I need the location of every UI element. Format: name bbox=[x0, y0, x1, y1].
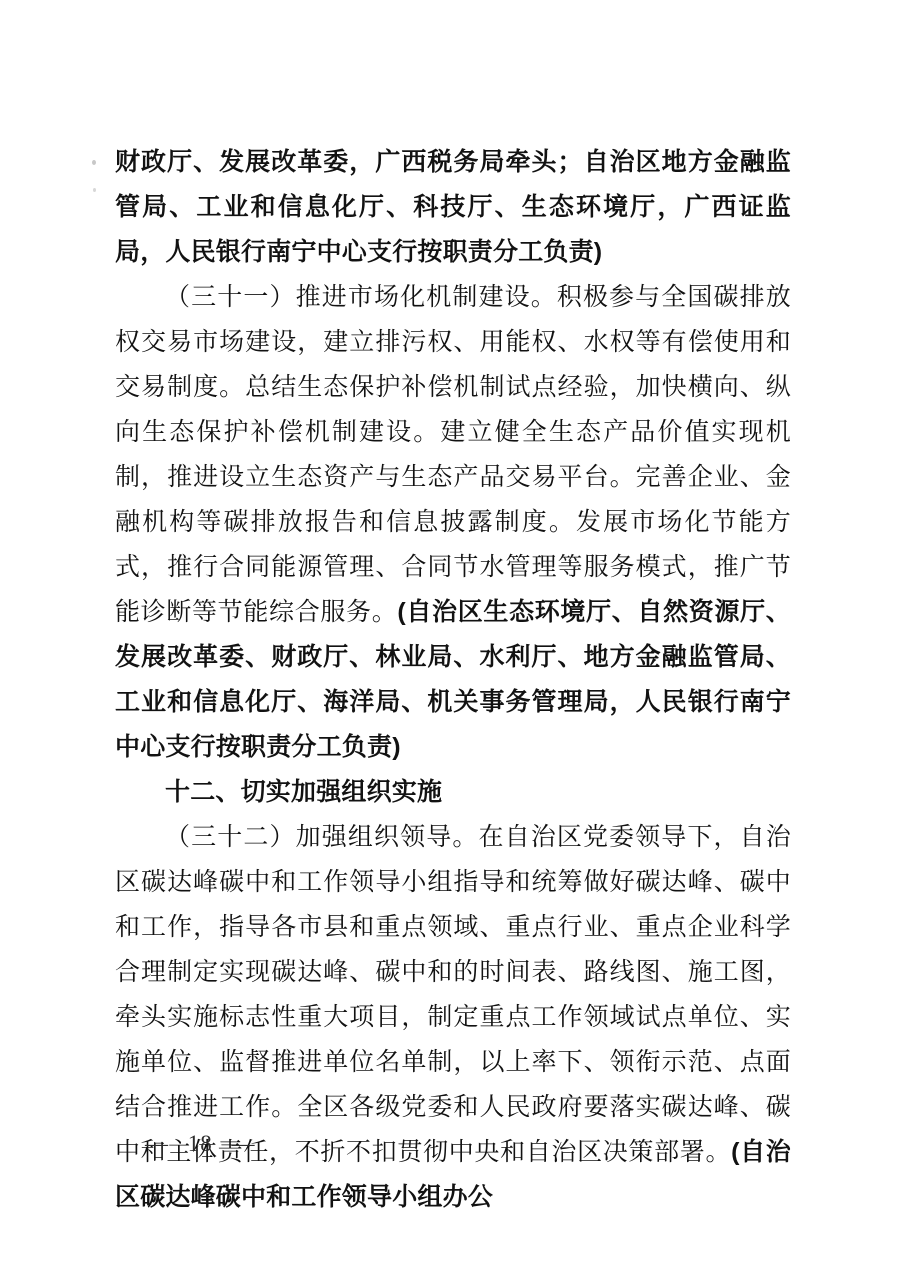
bold-text-run: 财政厅、发展改革委，广西税务局牵头；自治区地方金融监管局、工业和信息化厅、科技厅… bbox=[115, 148, 791, 266]
section-heading-12: 十二、切实加强组织实施 bbox=[115, 770, 791, 815]
page-number: — 18 — bbox=[145, 1128, 256, 1160]
body-text-run: （三十一）推进市场化机制建设。积极参与全国碳排放权交易市场建设，建立排污权、用能… bbox=[115, 284, 791, 626]
scan-speck bbox=[92, 160, 96, 165]
document-page: 财政厅、发展改革委，广西税务局牵头；自治区地方金融监管局、工业和信息化厅、科技厅… bbox=[0, 0, 900, 1272]
document-body: 财政厅、发展改革委，广西税务局牵头；自治区地方金融监管局、工业和信息化厅、科技厅… bbox=[115, 140, 791, 1220]
paragraph-responsibility-continuation: 财政厅、发展改革委，广西税务局牵头；自治区地方金融监管局、工业和信息化厅、科技厅… bbox=[115, 140, 791, 275]
paragraph-31: （三十一）推进市场化机制建设。积极参与全国碳排放权交易市场建设，建立排污权、用能… bbox=[115, 275, 791, 770]
scan-speck bbox=[93, 188, 96, 192]
body-text-run: （三十二）加强组织领导。在自治区党委领导下，自治区碳达峰碳中和工作领导小组指导和… bbox=[115, 824, 791, 1166]
section-heading-text: 十二、切实加强组织实施 bbox=[165, 778, 442, 806]
